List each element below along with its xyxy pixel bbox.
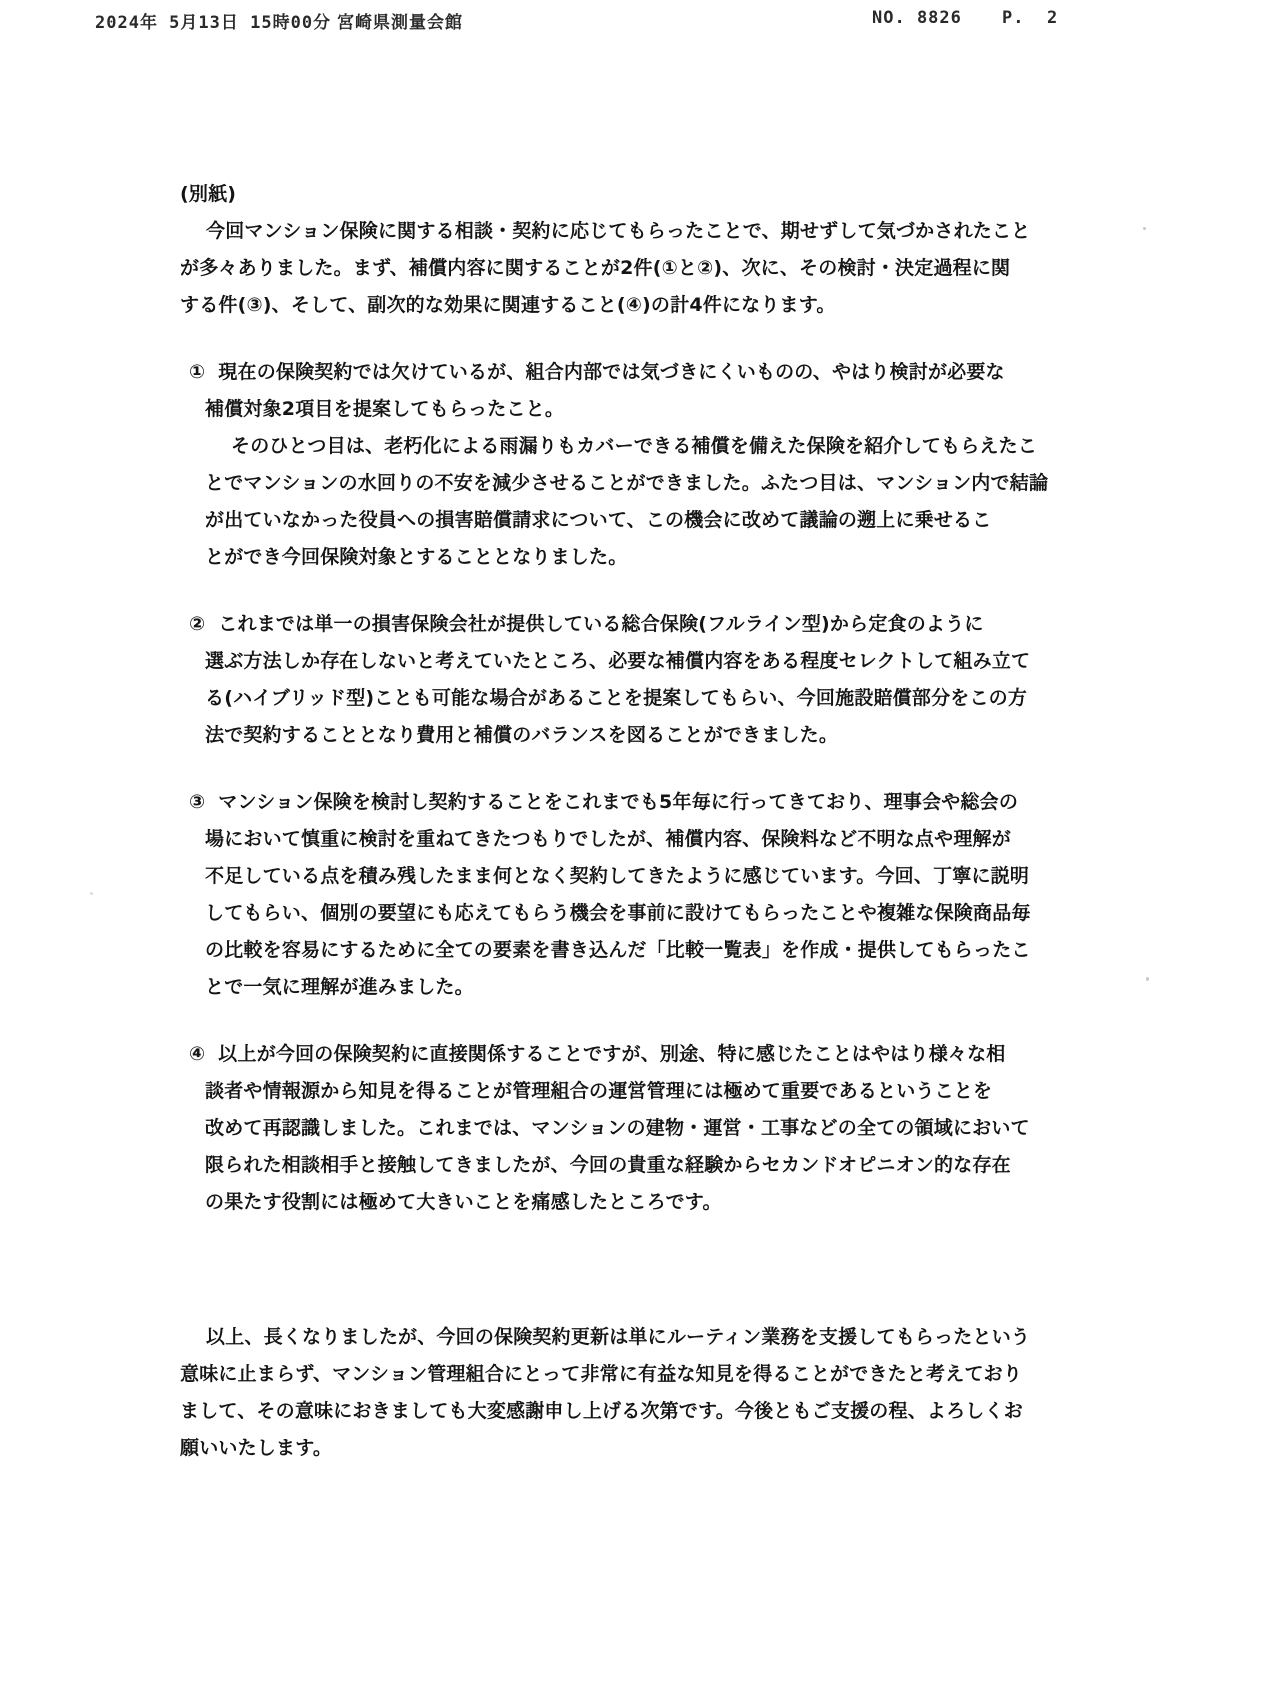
text-line: 願いいたします。 (180, 1430, 1080, 1467)
item-text: 以上が今回の保険契約に直接関係することですが、別途、特に感じたことはやはり様々な… (218, 1043, 1005, 1065)
item-text: 現在の保険契約では欠けているが、組合内部では気づきにくいものの、やはり検討が必要… (218, 361, 1004, 383)
scan-artifact (1143, 227, 1146, 230)
text-line: 不足している点を積み残したまま何となく契約してきたように感じています。今回、丁寧… (180, 858, 1080, 895)
fax-page-number: P. 2 (1002, 8, 1058, 28)
text-line: 法で契約することとなり費用と補償のバランスを図ることができました。 (180, 717, 1080, 754)
text-line: 改めて再認識しました。これまでは、マンションの建物・運営・工事などの全ての領域に… (180, 1110, 1080, 1147)
text-line: まして、その意味におきましても大変感謝申し上げる次第です。今後ともご支援の程、よ… (180, 1393, 1080, 1430)
item-continuation: 場において慎重に検討を重ねてきたつもりでしたが、補償内容、保険料など不明な点や理… (180, 821, 1080, 1006)
numbered-item-3: ③マンション保険を検討し契約することをこれまでも5年毎に行ってきており、理事会や… (180, 784, 1080, 1006)
text-line: る(ハイブリッド型)ことも可能な場合があることを提案してもらい、今回施設賠償部分… (180, 680, 1080, 717)
text-line: が多々ありました。まず、補償内容に関することが2件(①と②)、次に、その検討・決… (180, 250, 1080, 287)
numbered-item-1: ①現在の保険契約では欠けているが、組合内部では気づきにくいものの、やはり検討が必… (180, 354, 1080, 576)
item-first-line: ①現在の保険契約では欠けているが、組合内部では気づきにくいものの、やはり検討が必… (180, 354, 1080, 391)
item-continuation: 補償対象2項目を提案してもらったこと。 そのひとつ目は、老朽化による雨漏りもカバ… (180, 391, 1080, 576)
text-line: の果たす役割には極めて大きいことを痛感したところです。 (180, 1184, 1080, 1221)
item-text: マンション保険を検討し契約することをこれまでも5年毎に行ってきており、理事会や総… (218, 791, 1018, 813)
item-continuation: 選ぶ方法しか存在しないと考えていたところ、必要な補償内容をある程度セレクトして組… (180, 643, 1080, 754)
letter-body: (別紙) 今回マンション保険に関する相談・契約に応じてもらったことで、期せずして… (180, 176, 1080, 1467)
text-line: が出ていなかった役員への損害賠償請求について、この機会に改めて議論の遡上に乗せる… (180, 502, 1080, 539)
item-text: これまでは単一の損害保険会社が提供している総合保険(フルライン型)から定食のよう… (218, 613, 983, 635)
text-line: 選ぶ方法しか存在しないと考えていたところ、必要な補償内容をある程度セレクトして組… (180, 643, 1080, 680)
text-line: とで一気に理解が進みました。 (180, 969, 1080, 1006)
text-line: とができ今回保険対象とすることとなりました。 (180, 539, 1080, 576)
fax-document-number: NO. 8826 (872, 8, 962, 28)
fax-page: 2024年 5月13日 15時00分 宮崎県測量会館 NO. 8826 P. 2… (0, 0, 1280, 1698)
text-line: 以上、長くなりましたが、今回の保険契約更新は単にルーティン業務を支援してもらった… (180, 1319, 1080, 1356)
circled-number-3-icon: ③ (189, 784, 205, 821)
text-line: 談者や情報源から知見を得ることが管理組合の運営管理には極めて重要であるということ… (180, 1073, 1080, 1110)
scan-artifact (1146, 977, 1149, 981)
text-line: 限られた相談相手と接触してきましたが、今回の貴重な経験からセカンドオピニオン的な… (180, 1147, 1080, 1184)
intro-paragraph: 今回マンション保険に関する相談・契約に応じてもらったことで、期せずして気づかされ… (180, 213, 1080, 324)
text-line: してもらい、個別の要望にも応えてもらう機会を事前に設けてもらったことや複雑な保険… (180, 895, 1080, 932)
item-continuation: 談者や情報源から知見を得ることが管理組合の運営管理には極めて重要であるということ… (180, 1073, 1080, 1221)
circled-number-2-icon: ② (189, 606, 205, 643)
text-line: 場において慎重に検討を重ねてきたつもりでしたが、補償内容、保険料など不明な点や理… (180, 821, 1080, 858)
item-first-line: ④以上が今回の保険契約に直接関係することですが、別途、特に感じたことはやはり様々… (180, 1036, 1080, 1073)
circled-number-1-icon: ① (189, 354, 205, 391)
closing-paragraph: 以上、長くなりましたが、今回の保険契約更新は単にルーティン業務を支援してもらった… (180, 1319, 1080, 1467)
text-line: とでマンションの水回りの不安を減少させることができました。ふたつ目は、マンション… (180, 465, 1080, 502)
numbered-item-4: ④以上が今回の保険契約に直接関係することですが、別途、特に感じたことはやはり様々… (180, 1036, 1080, 1221)
scan-artifact (90, 892, 93, 895)
text-line: そのひとつ目は、老朽化による雨漏りもカバーできる補償を備えた保険を紹介してもらえ… (180, 428, 1080, 465)
numbered-item-2: ②これまでは単一の損害保険会社が提供している総合保険(フルライン型)から定食のよ… (180, 606, 1080, 754)
attachment-title: (別紙) (180, 176, 1080, 213)
text-line: する件(③)、そして、副次的な効果に関連すること(④)の計4件になります。 (180, 287, 1080, 324)
item-first-line: ③マンション保険を検討し契約することをこれまでも5年毎に行ってきており、理事会や… (180, 784, 1080, 821)
text-line: の比較を容易にするために全ての要素を書き込んだ「比較一覧表」を作成・提供してもら… (180, 932, 1080, 969)
circled-number-4-icon: ④ (189, 1036, 205, 1073)
fax-header: 2024年 5月13日 15時00分 宮崎県測量会館 NO. 8826 P. 2 (0, 6, 1280, 32)
text-line: 今回マンション保険に関する相談・契約に応じてもらったことで、期せずして気づかされ… (180, 213, 1080, 250)
item-first-line: ②これまでは単一の損害保険会社が提供している総合保険(フルライン型)から定食のよ… (180, 606, 1080, 643)
fax-sender-name: 宮崎県測量会館 (337, 8, 463, 33)
text-line: 補償対象2項目を提案してもらったこと。 (180, 391, 1080, 428)
fax-datetime: 2024年 5月13日 15時00分 (95, 8, 331, 33)
text-line: 意味に止まらず、マンション管理組合にとって非常に有益な知見を得ることができたと考… (180, 1356, 1080, 1393)
